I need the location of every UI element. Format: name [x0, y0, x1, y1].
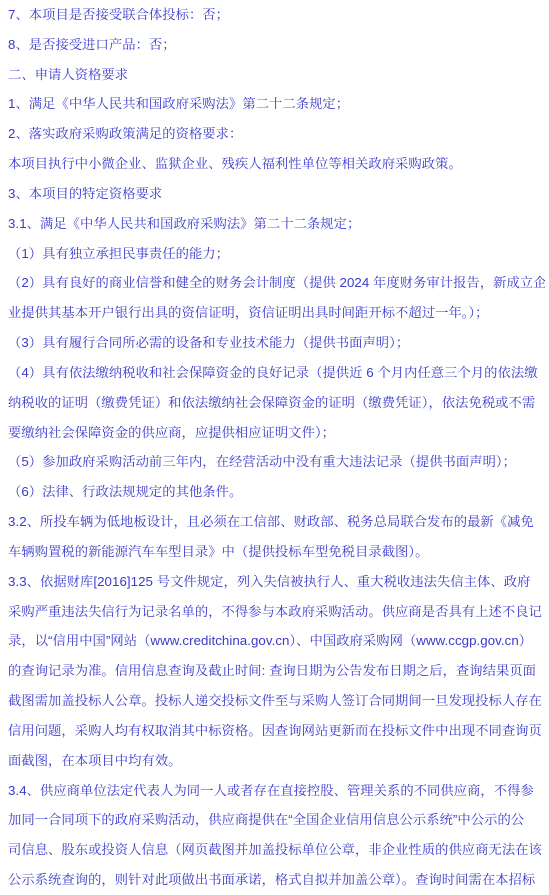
document-line: 3.1、满足《中华人民共和国政府采购法》第二十二条规定；	[8, 209, 545, 239]
document-line: 录，以“信用中国”网站（www.creditchina.gov.cn）、中国政府…	[8, 626, 545, 656]
document-line: 截图需加盖投标人公章。投标人递交投标文件至与采购人签订合同期间一旦发现投标人存在	[8, 686, 545, 716]
document-line: 要缴纳社会保障资金的供应商，应提供相应证明文件）；	[8, 418, 545, 448]
document-line: 加同一合同项下的政府采购活动，供应商提供在“全国企业信用信息公示系统”中公示的公	[8, 805, 545, 835]
document-line: 司信息、股东或投资人信息（网页截图并加盖投标单位公章，非企业性质的供应商无法在该	[8, 835, 545, 865]
document-line: （1）具有独立承担民事责任的能力；	[8, 239, 545, 269]
document-line: 业提供其基本开户银行出具的资信证明，资信证明出具时间距开标不超过一年。）；	[8, 298, 545, 328]
document-line: 公示系统查询的，则针对此项做出书面承诺，格式自拟并加盖公章）。查询时间需在本招标	[8, 865, 545, 895]
document-line: 8、是否接受进口产品：否；	[8, 30, 545, 60]
document-line: 车辆购置税的新能源汽车车型目录》中（提供投标车型免税目录截图）。	[8, 537, 545, 567]
document-line: 3、本项目的特定资格要求	[8, 179, 545, 209]
document-line: （3）具有履行合同所必需的设备和专业技术能力（提供书面声明）；	[8, 328, 545, 358]
document-line: 3.3、依据财库[2016]125 号文件规定，列入失信被执行人、重大税收违法失…	[8, 567, 545, 597]
document-line: （4）具有依法缴纳税收和社会保障资金的良好记录（提供近 6 个月内任意三个月的依…	[8, 358, 545, 388]
document-line: （6）法律、行政法规规定的其他条件。	[8, 477, 545, 507]
document-line: 信用问题，采购人均有权取消其中标资格。因查询网站更新而在投标文件中出现不同查询页	[8, 716, 545, 746]
document-line: 本项目执行中小微企业、监狱企业、残疾人福利性单位等相关政府采购政策。	[8, 149, 545, 179]
document-line: （5）参加政府采购活动前三年内，在经营活动中没有重大违法记录（提供书面声明）；	[8, 447, 545, 477]
document-line: 3.4、供应商单位法定代表人为同一人或者存在直接控股、管理关系的不同供应商，不得…	[8, 776, 545, 806]
document-page: 7、本项目是否接受联合体投标：否；8、是否接受进口产品：否；二、申请人资格要求1…	[0, 0, 549, 895]
document-line: 纳税收的证明（缴费凭证）和依法缴纳社会保障资金的证明（缴费凭证），依法免税或不需	[8, 388, 545, 418]
document-line: 2、落实政府采购政策满足的资格要求：	[8, 119, 545, 149]
document-line: 的查询记录为准。信用信息查询及截止时间: 查询日期为公告发布日期之后，查询结果页…	[8, 656, 545, 686]
document-line: 二、申请人资格要求	[8, 60, 545, 90]
document-line: 采购严重违法失信行为记录名单的，不得参与本政府采购活动。供应商是否具有上述不良记	[8, 597, 545, 627]
document-line: 1、满足《中华人民共和国政府采购法》第二十二条规定；	[8, 89, 545, 119]
document-line: 3.2、所投车辆为低地板设计，且必须在工信部、财政部、税务总局联合发布的最新《减…	[8, 507, 545, 537]
document-lines: 7、本项目是否接受联合体投标：否；8、是否接受进口产品：否；二、申请人资格要求1…	[0, 0, 549, 895]
document-line: 面截图，在本项目中均有效。	[8, 746, 545, 776]
document-line: 7、本项目是否接受联合体投标：否；	[8, 0, 545, 30]
document-line: （2）具有良好的商业信誉和健全的财务会计制度（提供 2024 年度财务审计报告，…	[8, 268, 545, 298]
